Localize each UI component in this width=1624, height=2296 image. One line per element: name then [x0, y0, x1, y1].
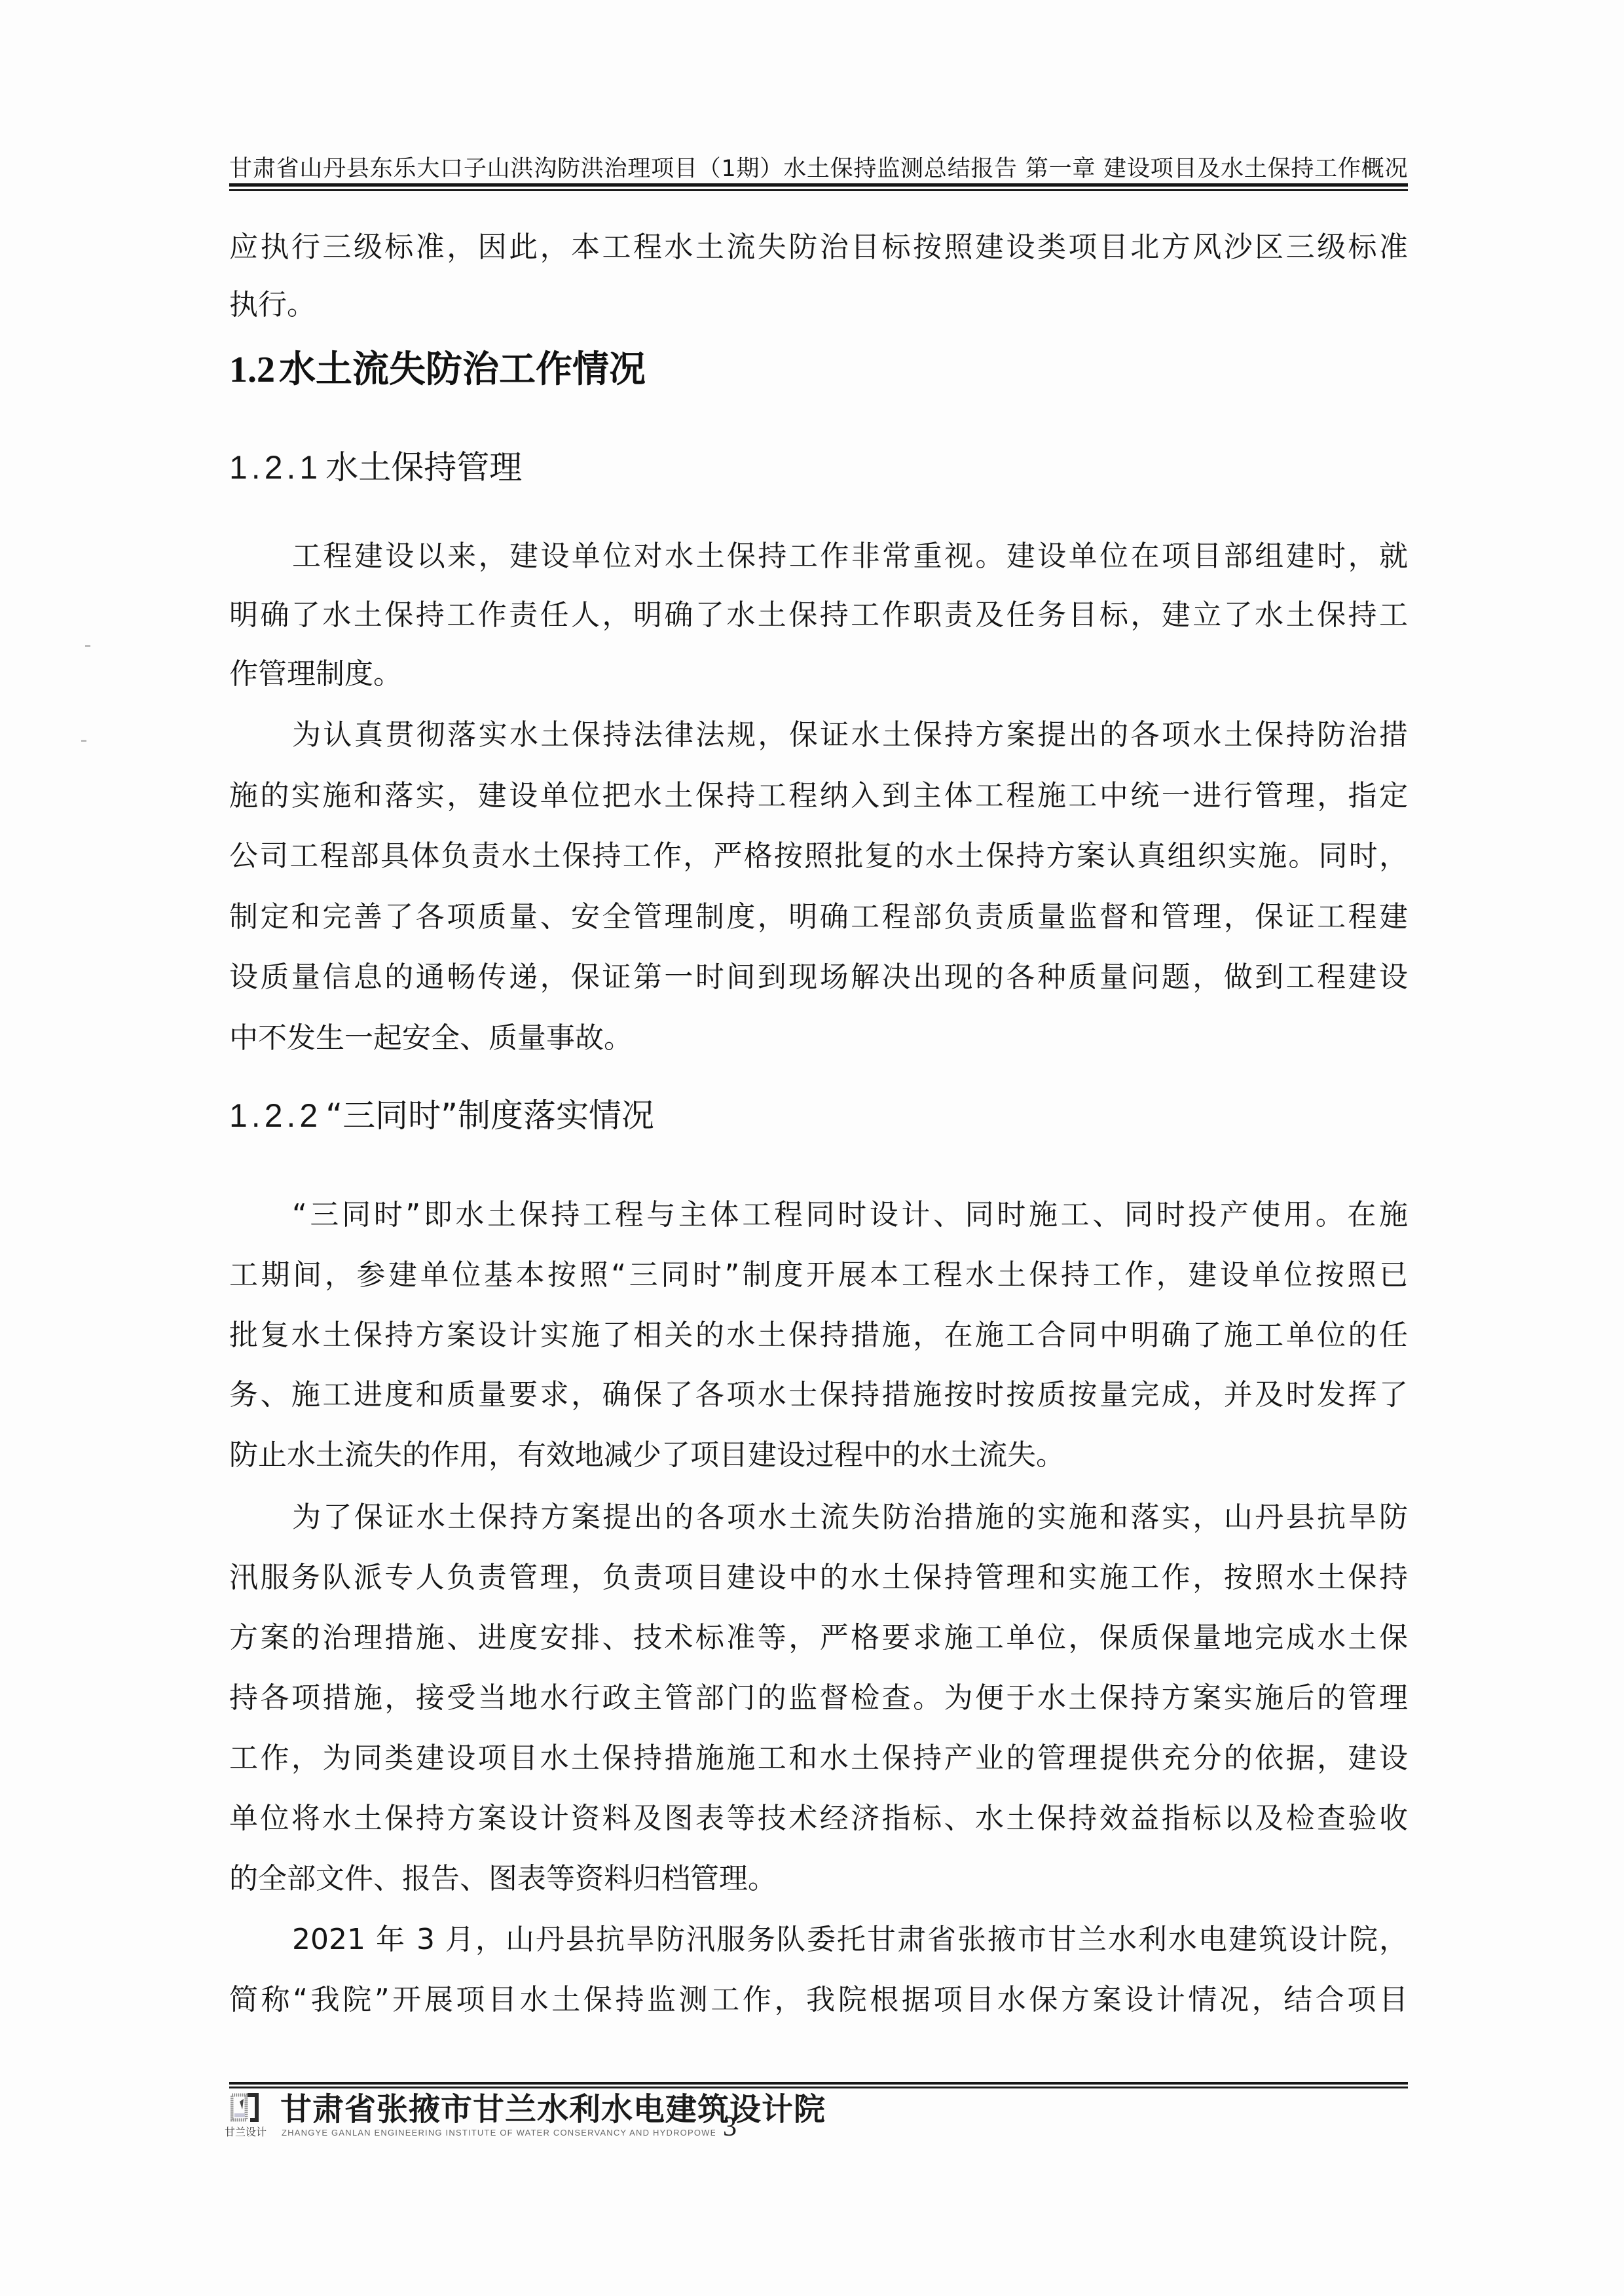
page-number: 3: [723, 2112, 737, 2142]
body-line: 工程建设以来，建设单位对水土保持工作非常重视。建设单位在项目部组建时，就: [292, 537, 1408, 576]
body-line: 为认真贯彻落实水土保持法律法规，保证水土保持方案提出的各项水土保持防治措: [292, 716, 1408, 755]
body-line: 制定和完善了各项质量、安全管理制度，明确工程部负责质量监督和管理，保证工程建: [229, 898, 1408, 937]
document-page: 甘肃省山丹县东乐大口子山洪沟防洪治理项目（1期）水土保持监测总结报告 第一章 建…: [0, 0, 1624, 2296]
scan-artifact: [81, 740, 86, 742]
footer-rule-thin: [229, 2086, 1408, 2088]
body-line: 设质量信息的通畅传递，保证第一时间到现场解决出现的各种质量问题，做到工程建设: [229, 958, 1408, 997]
body-line: 公司工程部具体负责水土保持工作，严格按照批复的水土保持方案认真组织实施。同时，: [229, 837, 1408, 876]
body-line: 汛服务队派专人负责管理，负责项目建设中的水土保持管理和实施工作，按照水土保持: [229, 1558, 1408, 1597]
body-line: 工期间，参建单位基本按照“三同时”制度开展本工程水土保持工作，建设单位按照已: [229, 1256, 1408, 1295]
body-line: 批复水土保持方案设计实施了相关的水土保持措施，在施工合同中明确了施工单位的任: [229, 1316, 1408, 1355]
footer-rule-thick: [229, 2082, 1408, 2085]
body-line: 方案的治理措施、进度安排、技术标准等，严格要求施工单位，保质保量地完成水土保: [229, 1618, 1408, 1658]
body-line: 工作，为同类建设项目水土保持措施施工和水土保持产业的管理提供充分的依据，建设: [229, 1739, 1408, 1778]
section-number: 1.2: [229, 350, 275, 390]
logo-caption: 甘兰设计: [223, 2126, 268, 2139]
body-line: 为了保证水土保持方案提出的各项水土流失防治措施的实施和落实，山丹县抗旱防: [292, 1498, 1408, 1537]
header-rule-thin: [229, 189, 1408, 191]
body-line: 单位将水土保持方案设计资料及图表等技术经济指标、水土保持效益指标以及检查验收: [229, 1799, 1408, 1838]
footer-organization: 甘肃省张掖市甘兰水利水电建筑设计院: [280, 2092, 826, 2126]
header-rule-thick: [229, 183, 1408, 187]
section-heading-1-2-2: 1.2.2“三同时”制度落实情况: [229, 1095, 654, 1137]
running-header: 甘肃省山丹县东乐大口子山洪沟防洪治理项目（1期）水土保持监测总结报告 第一章 建…: [229, 155, 1408, 183]
scan-artifact: [85, 645, 90, 647]
footer-organization-en: ZHANGYE GANLAN ENGINEERING INSTITUTE OF …: [282, 2128, 715, 2138]
body-line: 明确了水土保持工作责任人，明确了水土保持工作职责及任务目标，建立了水土保持工: [229, 596, 1408, 635]
body-line: 防止水土流失的作用，有效地减少了项目建设过程中的水土流失。: [229, 1436, 1408, 1475]
section-title: 水土流失防治工作情况: [279, 348, 646, 391]
section-heading-1-2: 1.2水土流失防治工作情况: [229, 347, 646, 393]
body-line: 2021 年 3 月，山丹县抗旱防汛服务队委托甘肃省张掖市甘兰水利水电建筑设计院…: [292, 1920, 1408, 1959]
body-line: 简称“我院”开展项目水土保持监测工作，我院根据项目水保方案设计情况，结合项目: [229, 1980, 1408, 2020]
body-line: 中不发生一起安全、质量事故。: [229, 1019, 1408, 1058]
body-line: 的全部文件、报告、图表等资料归档管理。: [229, 1859, 1408, 1899]
section-heading-1-2-1: 1.2.1水土保持管理: [229, 446, 522, 488]
body-line: 施的实施和落实，建设单位把水土保持工程纳入到主体工程施工中统一进行管理，指定: [229, 776, 1408, 816]
body-line: 持各项措施，接受当地水行政主管部门的监督检查。为便于水土保持方案实施后的管理: [229, 1679, 1408, 1718]
body-line: 执行。: [229, 285, 1408, 325]
section-number: 1.2.2: [229, 1097, 322, 1134]
institute-logo-icon: [231, 2092, 259, 2123]
section-title: “三同时”制度落实情况: [325, 1097, 654, 1135]
section-title: 水土保持管理: [325, 448, 522, 486]
section-number: 1.2.1: [229, 449, 322, 486]
body-line: 务、施工进度和质量要求，确保了各项水士保持措施按时按质按量完成，并及时发挥了: [229, 1376, 1408, 1415]
body-line: “三同时”即水土保持工程与主体工程同时设计、同时施工、同时投产使用。在施: [292, 1195, 1408, 1235]
body-line: 应执行三级标准，因此，本工程水土流失防治目标按照建设类项目北方风沙区三级标准: [229, 228, 1408, 267]
body-line: 作管理制度。: [229, 655, 1408, 694]
